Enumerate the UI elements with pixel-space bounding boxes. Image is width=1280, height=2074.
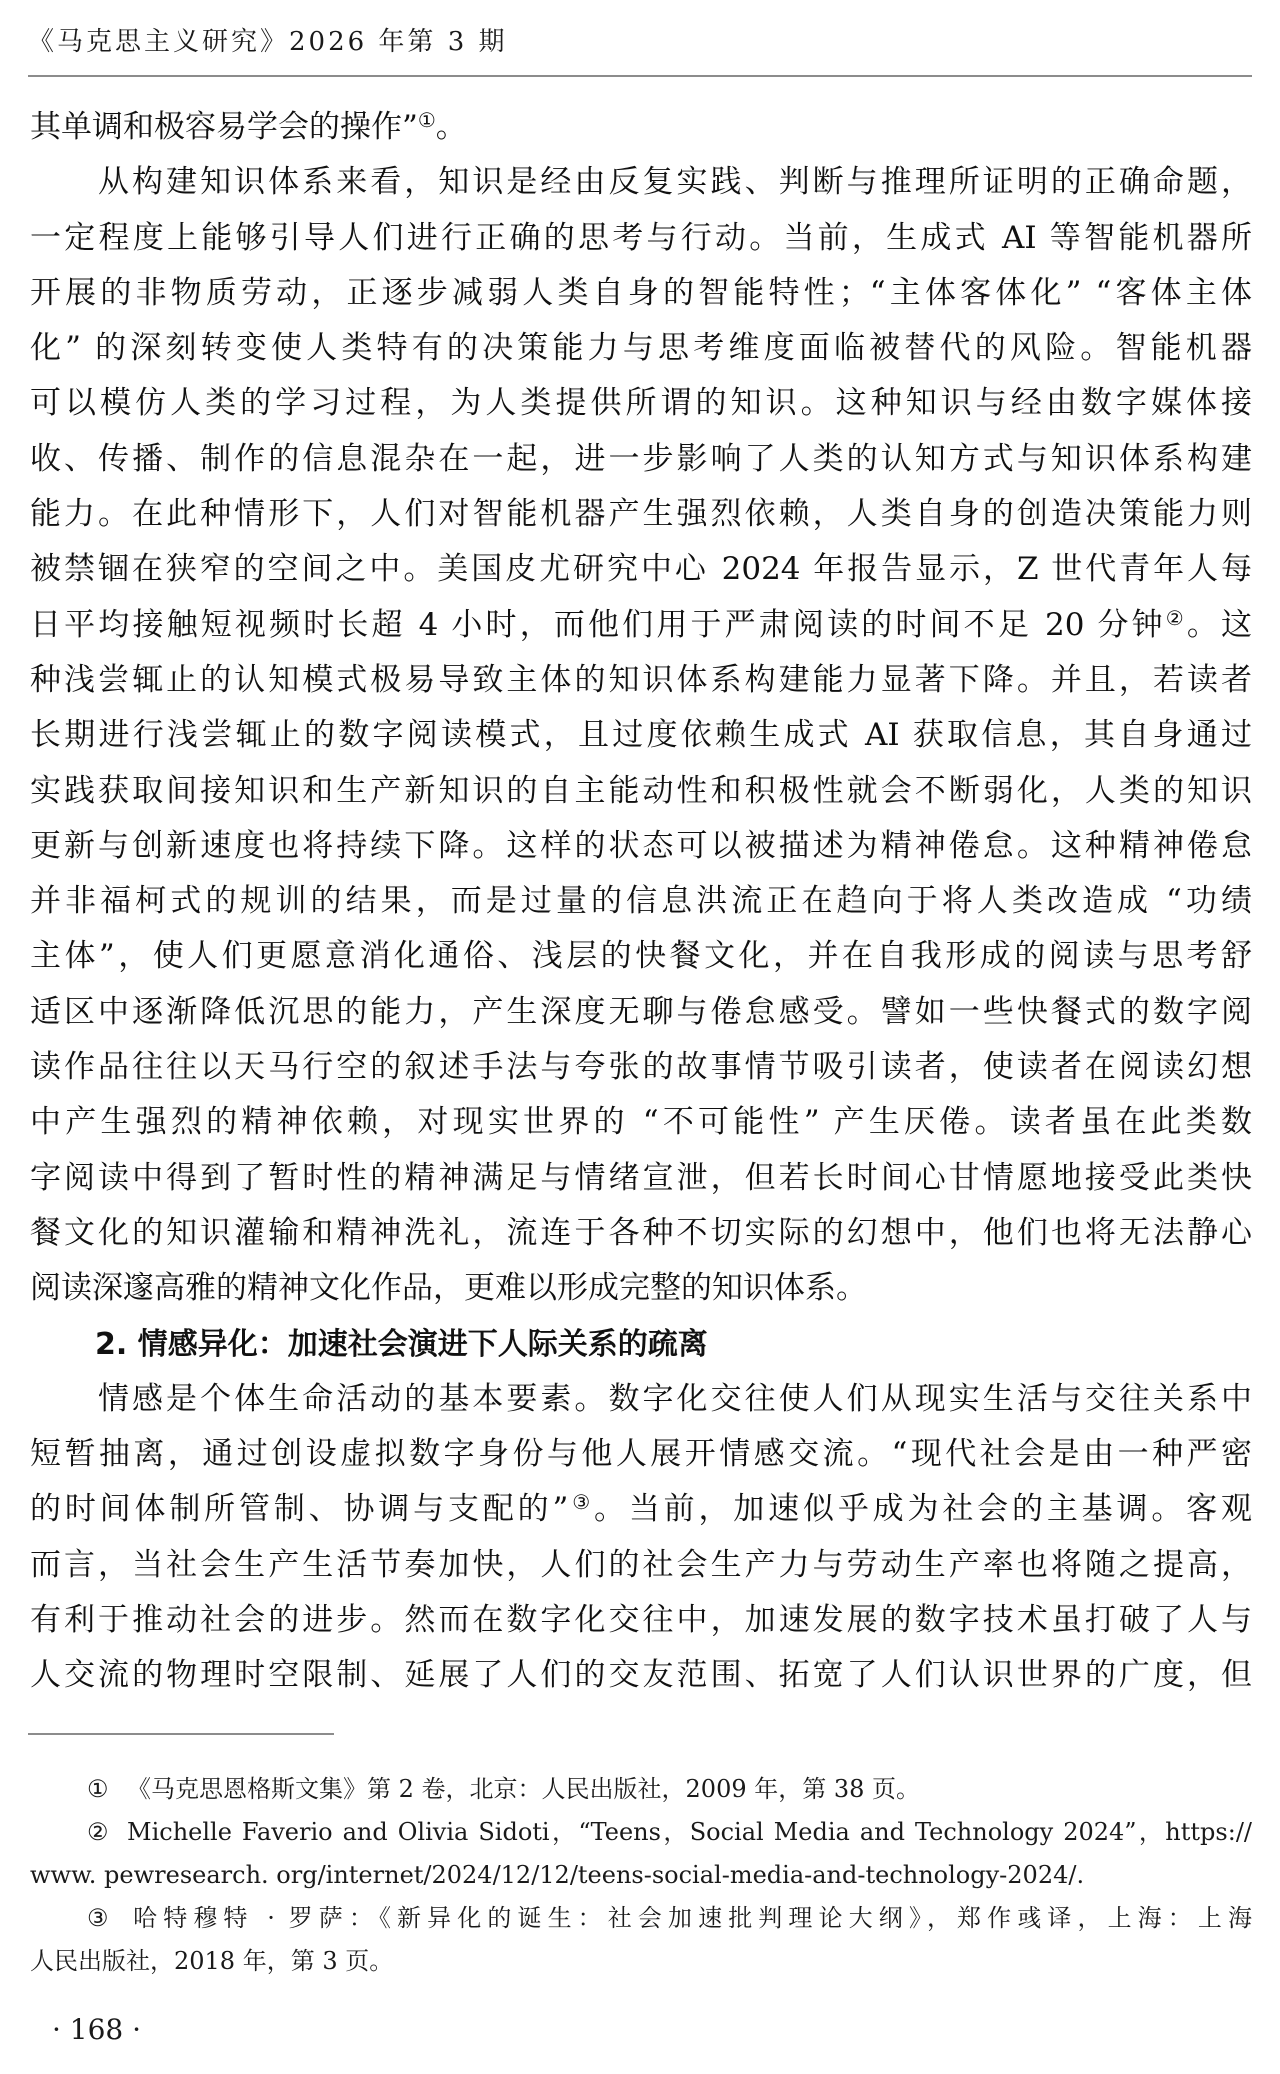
body-line-text: 其单调和极容易学会的操作” xyxy=(30,109,418,145)
footnote-text: www. pewresearch. org/internet/2024/12/1… xyxy=(30,1861,1084,1889)
body-line-text: 读作品往往以天马行空的叙述手法与夸张的故事情节吸引读者，使读者在阅读幻想 xyxy=(30,1049,1252,1085)
body-line: 短暂抽离，通过创设虚拟数字身份与他人展开情感交流。“现代社会是由一种严密 xyxy=(30,1427,1252,1482)
body-line: 中产生强烈的精神依赖，对现实世界的 “不可能性” 产生厌倦。读者虽在此类数 xyxy=(30,1095,1252,1150)
header-rule xyxy=(28,75,1252,77)
body-line-text: 种浅尝辄止的认知模式极易导致主体的知识体系构建能力显著下降。并且，若读者 xyxy=(30,662,1252,698)
footnote-number: ② xyxy=(87,1811,127,1854)
body-line-text: 收、传播、制作的信息混杂在一起，进一步影响了人类的认知方式与知识体系构建 xyxy=(30,441,1252,477)
section-heading: 2. 情感异化：加速社会演进下人际关系的疏离 xyxy=(30,1317,1252,1372)
body-line-text: 。当前，加速似乎成为社会的主基调。客观 xyxy=(594,1491,1252,1527)
body-line-text: 中产生强烈的精神依赖，对现实世界的 “不可能性” 产生厌倦。读者虽在此类数 xyxy=(30,1104,1252,1140)
footnote-line: ②Michelle Faverio and Olivia Sidoti，“Tee… xyxy=(30,1811,1252,1854)
body-line: 读作品往往以天马行空的叙述手法与夸张的故事情节吸引读者，使读者在阅读幻想 xyxy=(30,1040,1252,1095)
body-line: 开展的非物质劳动，正逐步减弱人类自身的智能特性；“主体客体化” “客体主体 xyxy=(30,266,1252,321)
body-line-text: 从构建知识体系来看，知识是经由反复实践、判断与推理所证明的正确命题， xyxy=(98,164,1252,200)
body-line: 收、传播、制作的信息混杂在一起，进一步影响了人类的认知方式与知识体系构建 xyxy=(30,432,1252,487)
footnote-line: ①《马克思恩格斯文集》第 2 卷，北京：人民出版社，2009 年，第 38 页。 xyxy=(30,1768,1252,1811)
body-line-text: 餐文化的知识灌输和精神洗礼，流连于各种不切实际的幻想中，他们也将无法静心 xyxy=(30,1215,1252,1251)
body-line: 被禁锢在狭窄的空间之中。美国皮尤研究中心 2024 年报告显示，Z 世代青年人每 xyxy=(30,542,1252,597)
body-line-text: 并非福柯式的规训的结果，而是过量的信息洪流正在趋向于将人类改造成 “功绩 xyxy=(30,883,1252,919)
footnote-separator xyxy=(28,1733,334,1735)
body-line: 从构建知识体系来看，知识是经由反复实践、判断与推理所证明的正确命题， xyxy=(30,155,1252,210)
body-line: 其单调和极容易学会的操作”①。 xyxy=(30,100,1252,155)
body-line: 有利于推动社会的进步。然而在数字化交往中，加速发展的数字技术虽打破了人与 xyxy=(30,1593,1252,1648)
body-line-text: 情感是个体生命活动的基本要素。数字化交往使人们从现实生活与交往关系中 xyxy=(98,1381,1252,1417)
body-line: 餐文化的知识灌输和精神洗礼，流连于各种不切实际的幻想中，他们也将无法静心 xyxy=(30,1206,1252,1261)
body-line-text: 化” 的深刻转变使人类特有的决策能力与思考维度面临被替代的风险。智能机器 xyxy=(30,330,1252,366)
body-line: 化” 的深刻转变使人类特有的决策能力与思考维度面临被替代的风险。智能机器 xyxy=(30,321,1252,376)
body-line-text: 。这 xyxy=(1187,607,1252,643)
body-line: 实践获取间接知识和生产新知识的自主能动性和积极性就会不断弱化，人类的知识 xyxy=(30,764,1252,819)
body-line: 人交流的物理时空限制、延展了人们的交友范围、拓宽了人们认识世界的广度，但 xyxy=(30,1648,1252,1703)
body-line-text: 有利于推动社会的进步。然而在数字化交往中，加速发展的数字技术虽打破了人与 xyxy=(30,1602,1252,1638)
body-line-text: 开展的非物质劳动，正逐步减弱人类自身的智能特性；“主体客体化” “客体主体 xyxy=(30,275,1252,311)
body-line-text: 日平均接触短视频时长超 4 小时，而他们用于严肃阅读的时间不足 20 分钟 xyxy=(30,607,1166,643)
footnotes: ①《马克思恩格斯文集》第 2 卷，北京：人民出版社，2009 年，第 38 页。… xyxy=(30,1768,1252,1983)
footnote-number: ① xyxy=(87,1768,127,1811)
body-line-text: 适区中逐渐降低沉思的能力，产生深度无聊与倦怠感受。譬如一些快餐式的数字阅 xyxy=(30,994,1252,1030)
body-line: 而言，当社会生产生活节奏加快，人们的社会生产力与劳动生产率也将随之提高， xyxy=(30,1538,1252,1593)
footnote-reference[interactable]: ② xyxy=(1166,606,1187,630)
body-line: 的时间体制所管制、协调与支配的”③。当前，加速似乎成为社会的主基调。客观 xyxy=(30,1482,1252,1537)
body-line-text: 短暂抽离，通过创设虚拟数字身份与他人展开情感交流。“现代社会是由一种严密 xyxy=(30,1436,1252,1472)
body-line-text: 更新与创新速度也将持续下降。这样的状态可以被描述为精神倦怠。这种精神倦怠 xyxy=(30,828,1252,864)
body-line-text: 实践获取间接知识和生产新知识的自主能动性和积极性就会不断弱化，人类的知识 xyxy=(30,773,1252,809)
body-line: 一定程度上能够引导人们进行正确的思考与行动。当前，生成式 AI 等智能机器所 xyxy=(30,211,1252,266)
body-line-text: 而言，当社会生产生活节奏加快，人们的社会生产力与劳动生产率也将随之提高， xyxy=(30,1547,1252,1583)
footnote-text: 《马克思恩格斯文集》第 2 卷，北京：人民出版社，2009 年，第 38 页。 xyxy=(127,1775,920,1803)
page-number: · 168 · xyxy=(52,2010,141,2050)
footnote-reference[interactable]: ① xyxy=(418,108,436,132)
body-line-text: 可以模仿人类的学习过程，为人类提供所谓的知识。这种知识与经由数字媒体接 xyxy=(30,385,1252,421)
body-line: 更新与创新速度也将持续下降。这样的状态可以被描述为精神倦怠。这种精神倦怠 xyxy=(30,819,1252,874)
footnote-line: 人民出版社，2018 年，第 3 页。 xyxy=(30,1940,1252,1983)
footnote-number: ③ xyxy=(87,1897,127,1940)
body-line-text: 阅读深邃高雅的精神文化作品，更难以形成完整的知识体系。 xyxy=(30,1270,867,1306)
body-line: 主体”，使人们更愿意消化通俗、浅层的快餐文化，并在自我形成的阅读与思考舒 xyxy=(30,929,1252,984)
body-line-text: 能力。在此种情形下，人们对智能机器产生强烈依赖，人类自身的创造决策能力则 xyxy=(30,496,1252,532)
body-line: 日平均接触短视频时长超 4 小时，而他们用于严肃阅读的时间不足 20 分钟②。这 xyxy=(30,598,1252,653)
body-line-text: 被禁锢在狭窄的空间之中。美国皮尤研究中心 2024 年报告显示，Z 世代青年人每 xyxy=(30,551,1252,587)
body-line-text: 字阅读中得到了暂时性的精神满足与情绪宣泄，但若长时间心甘情愿地接受此类快 xyxy=(30,1160,1252,1196)
body-line: 字阅读中得到了暂时性的精神满足与情绪宣泄，但若长时间心甘情愿地接受此类快 xyxy=(30,1151,1252,1206)
body-line-text: 。 xyxy=(436,109,467,145)
body-line-text: 主体”，使人们更愿意消化通俗、浅层的快餐文化，并在自我形成的阅读与思考舒 xyxy=(30,938,1252,974)
footnote-text: Michelle Faverio and Olivia Sidoti，“Teen… xyxy=(127,1818,1252,1846)
running-head: 《马克思主义研究》2026 年第 3 期 xyxy=(28,24,508,60)
body-line-text: 一定程度上能够引导人们进行正确的思考与行动。当前，生成式 AI 等智能机器所 xyxy=(30,220,1252,256)
footnote-reference[interactable]: ③ xyxy=(568,1490,594,1514)
footnote-line: ③哈特穆特 · 罗萨：《新异化的诞生：社会加速批判理论大纲》，郑作彧译，上海：上… xyxy=(30,1897,1252,1940)
body-line: 情感是个体生命活动的基本要素。数字化交往使人们从现实生活与交往关系中 xyxy=(30,1372,1252,1427)
body-line: 可以模仿人类的学习过程，为人类提供所谓的知识。这种知识与经由数字媒体接 xyxy=(30,376,1252,431)
body-line-text: 长期进行浅尝辄止的数字阅读模式，且过度依赖生成式 AI 获取信息，其自身通过 xyxy=(30,717,1252,753)
body-line: 能力。在此种情形下，人们对智能机器产生强烈依赖，人类自身的创造决策能力则 xyxy=(30,487,1252,542)
body-line: 适区中逐渐降低沉思的能力，产生深度无聊与倦怠感受。譬如一些快餐式的数字阅 xyxy=(30,985,1252,1040)
footnote-text: 哈特穆特 · 罗萨：《新异化的诞生：社会加速批判理论大纲》，郑作彧译，上海：上海 xyxy=(127,1904,1252,1932)
body-line: 种浅尝辄止的认知模式极易导致主体的知识体系构建能力显著下降。并且，若读者 xyxy=(30,653,1252,708)
body-line-text: 2. 情感异化：加速社会演进下人际关系的疏离 xyxy=(95,1327,708,1362)
body-line: 长期进行浅尝辄止的数字阅读模式，且过度依赖生成式 AI 获取信息，其自身通过 xyxy=(30,708,1252,763)
body-text: 其单调和极容易学会的操作”①。从构建知识体系来看，知识是经由反复实践、判断与推理… xyxy=(30,100,1252,1704)
footnote-line: www. pewresearch. org/internet/2024/12/1… xyxy=(30,1854,1252,1897)
body-line-text: 的时间体制所管制、协调与支配的” xyxy=(30,1491,568,1527)
body-line-text: 人交流的物理时空限制、延展了人们的交友范围、拓宽了人们认识世界的广度，但 xyxy=(30,1657,1252,1693)
body-line: 并非福柯式的规训的结果，而是过量的信息洪流正在趋向于将人类改造成 “功绩 xyxy=(30,874,1252,929)
body-line: 阅读深邃高雅的精神文化作品，更难以形成完整的知识体系。 xyxy=(30,1261,1252,1316)
footnote-text: 人民出版社，2018 年，第 3 页。 xyxy=(30,1947,393,1975)
